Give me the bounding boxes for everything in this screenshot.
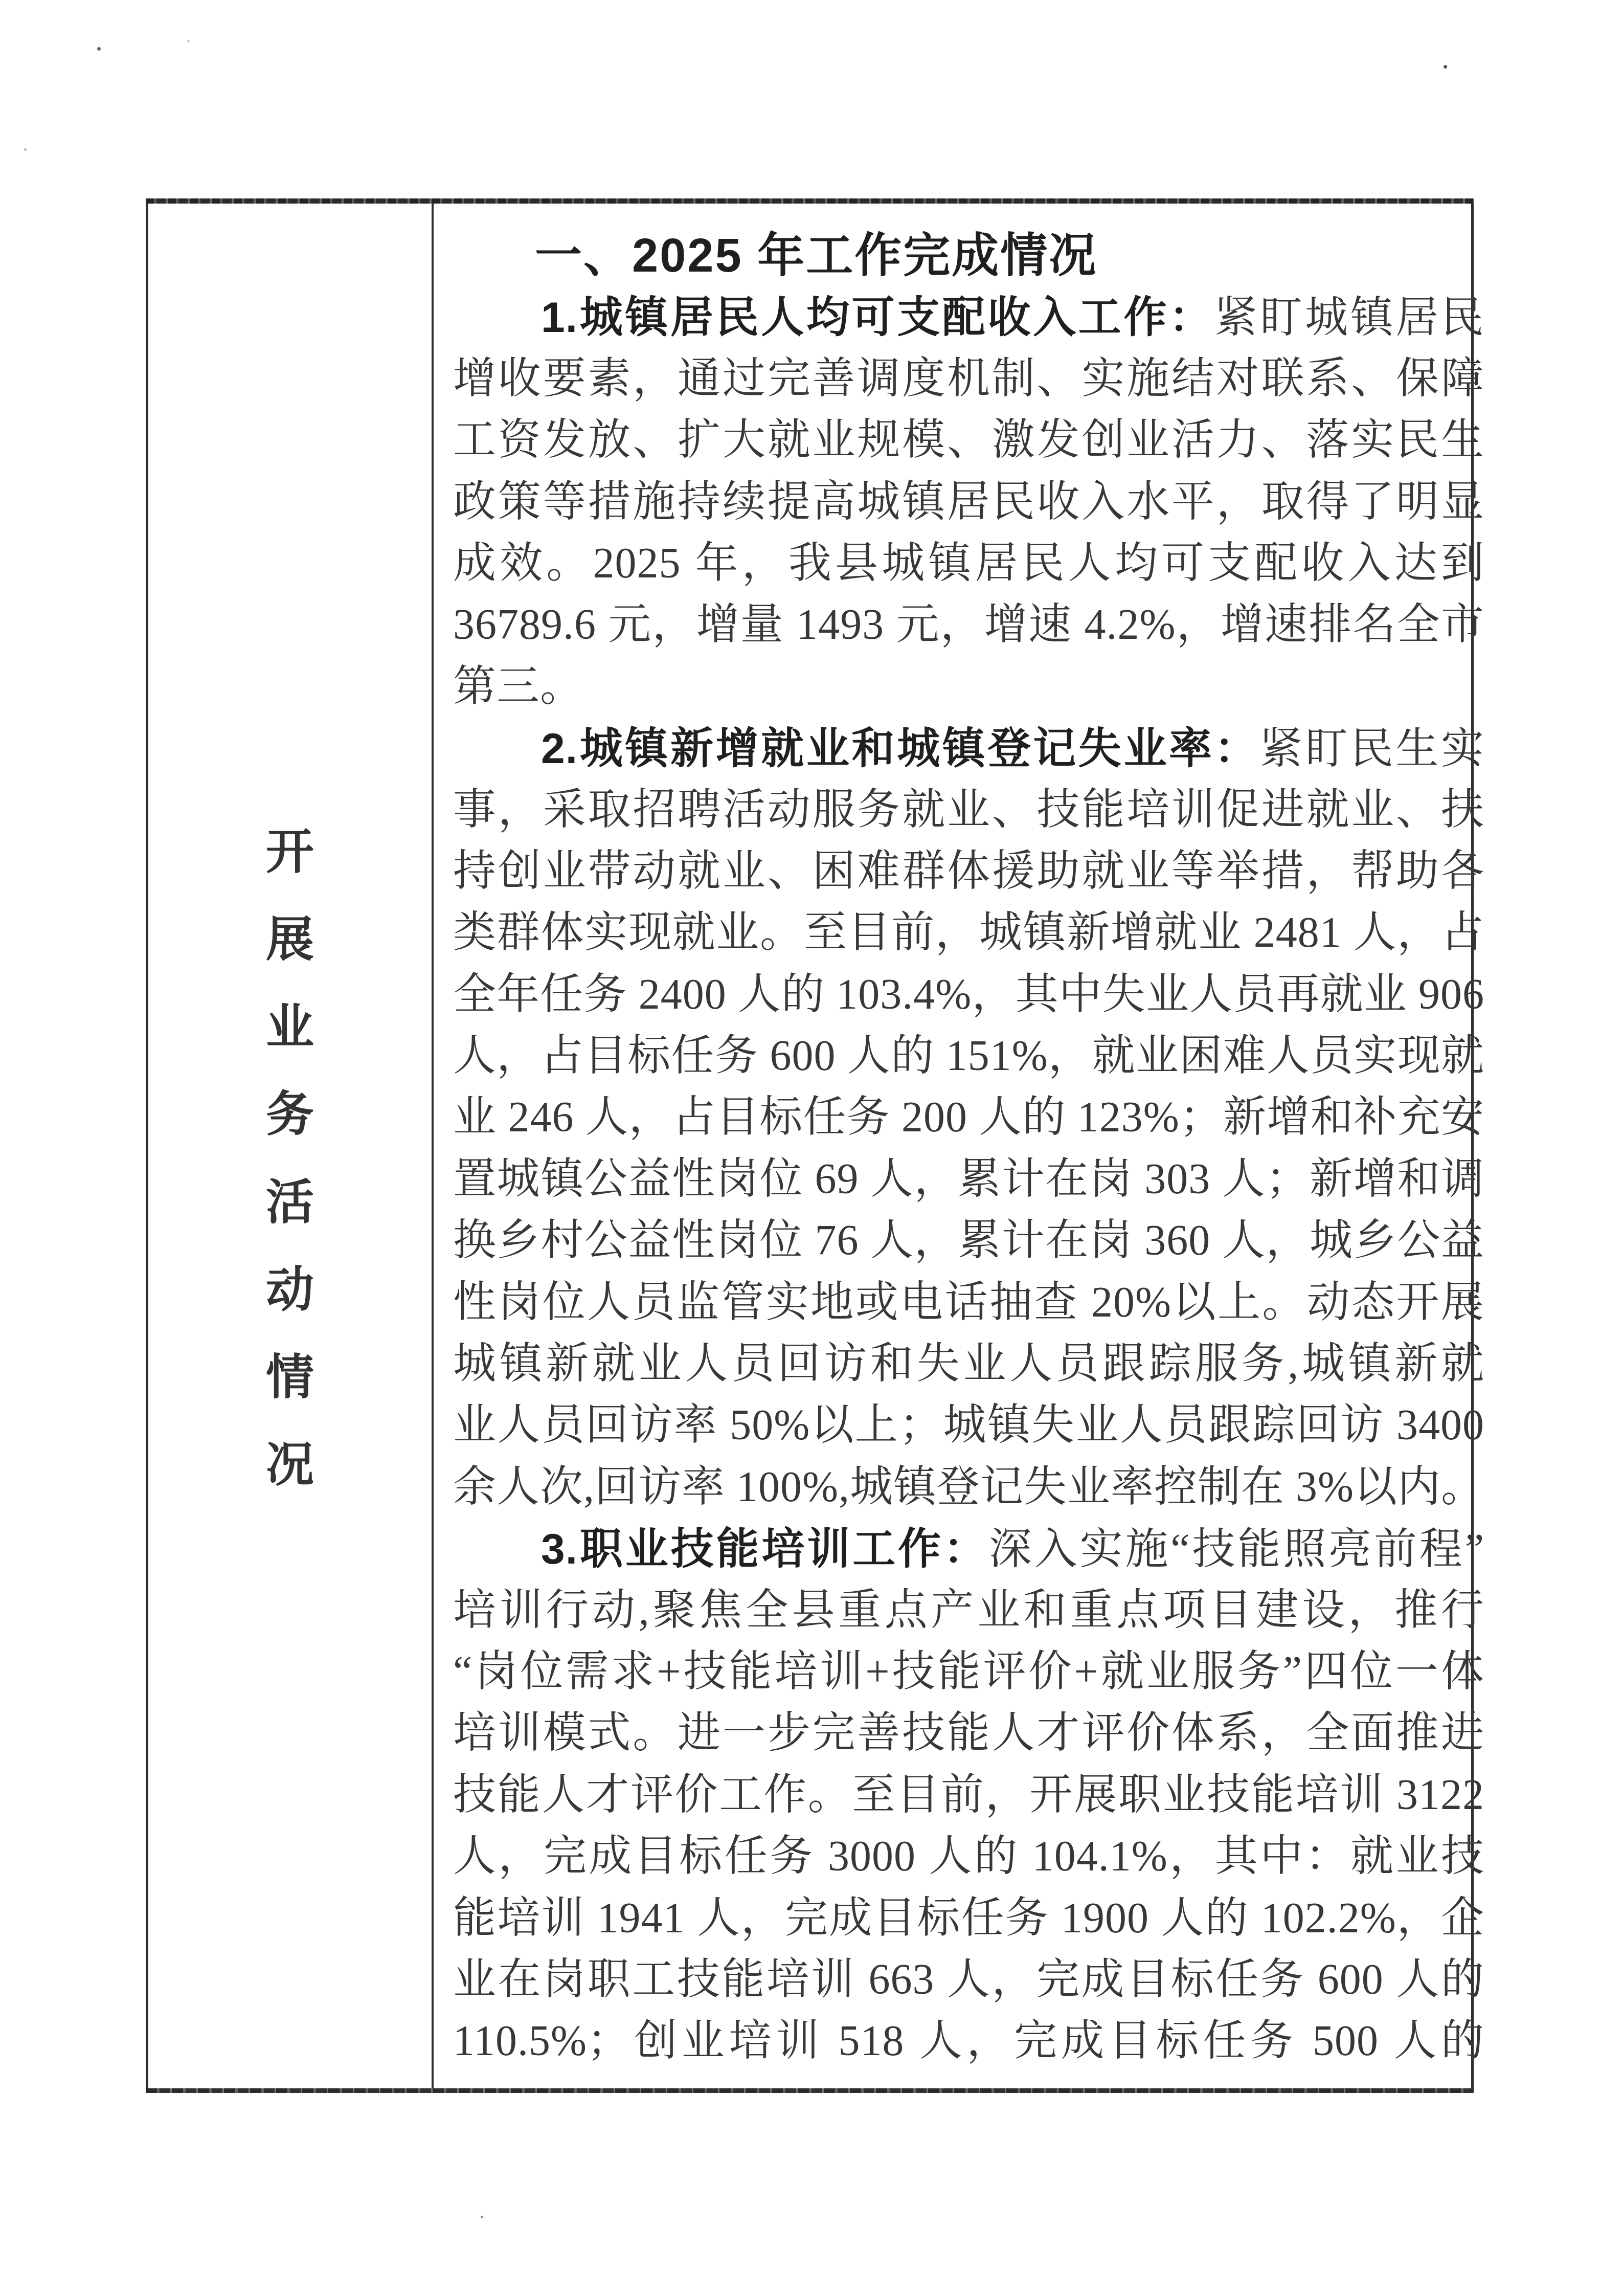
text-line: 人，占目标任务 600 人的 151%，就业困难人员实现就 xyxy=(453,1026,1484,1087)
text-line: 3.职业技能培训工作：深入实施“技能照亮前程” xyxy=(453,1518,1484,1579)
line-text: 工资发放、扩大就业规模、激发创业活力、落实民生 xyxy=(453,416,1484,464)
scan-noise-speck xyxy=(97,47,101,51)
text-line: 全年任务 2400 人的 103.4%，其中失业人员再就业 906 xyxy=(453,964,1484,1026)
text-line: 培训模式。进一步完善技能人才评价体系，全面推进 xyxy=(453,1703,1484,1764)
line-text: 余人次,回访率 100%,城镇登记失业率控制在 3%以内。 xyxy=(453,1463,1484,1511)
line-text: 成效。2025 年，我县城镇居民人均可支配收入达到 xyxy=(453,540,1484,587)
row-label-char: 展 xyxy=(266,916,314,964)
line-text: 换乡村公益性岗位 76 人，累计在岗 360 人，城乡公益 xyxy=(453,1217,1484,1264)
line-text: 业 246 人，占目标任务 200 人的 123%；新增和补充安 xyxy=(453,1094,1484,1141)
line-text: 第三。 xyxy=(453,663,583,710)
text-line: 置城镇公益性岗位 69 人，累计在岗 303 人；新增和调 xyxy=(453,1149,1484,1210)
row-label-char: 开 xyxy=(266,829,314,877)
line-text: 全年任务 2400 人的 103.4%，其中失业人员再就业 906 xyxy=(453,971,1484,1018)
scanned-page: { "page": { "paper_color": "#ffffff", "i… xyxy=(0,0,1623,2296)
text-line: 类群体实现就业。至目前，城镇新增就业 2481 人，占 xyxy=(453,902,1484,964)
line-text: “岗位需求+技能培训+技能评价+就业服务”四位一体 xyxy=(453,1648,1484,1696)
row-label: 开展业务活动情况 xyxy=(148,829,432,1489)
line-text: 人，完成目标任务 3000 人的 104.1%，其中：就业技 xyxy=(453,1833,1484,1880)
text-line: 36789.6 元，增量 1493 元，增速 4.2%，增速排名全市 xyxy=(453,594,1484,656)
text-line: 业 246 人，占目标任务 200 人的 123%；新增和补充安 xyxy=(453,1087,1484,1148)
text-line: 培训行动,聚焦全县重点产业和重点项目建设，推行 xyxy=(453,1580,1484,1641)
row-label-char: 情 xyxy=(266,1354,314,1402)
line-text: 业人员回访率 50%以上；城镇失业人员跟踪回访 3400 xyxy=(453,1401,1484,1449)
line-text: 置城镇公益性岗位 69 人，累计在岗 303 人；新增和调 xyxy=(453,1155,1484,1203)
text-line: 余人次,回访率 100%,城镇登记失业率控制在 3%以内。 xyxy=(453,1457,1484,1518)
content-cell: 一、2025 年工作完成情况1.城镇居民人均可支配收入工作：紧盯城镇居民增收要素… xyxy=(434,204,1492,2088)
line-text: 能培训 1941 人，完成目标任务 1900 人的 102.2%，企 xyxy=(453,1894,1484,1942)
line-text: 紧盯民生实 xyxy=(1259,725,1484,773)
line-text: 人，占目标任务 600 人的 151%，就业困难人员实现就 xyxy=(453,1032,1484,1080)
row-label-char: 况 xyxy=(266,1441,314,1489)
line-text: 持创业带动就业、困难群体援助就业等举措，帮助各 xyxy=(453,848,1484,895)
text-line: 成效。2025 年，我县城镇居民人均可支配收入达到 xyxy=(453,533,1484,594)
line-text: 政策等措施持续提高城镇居民收入水平，取得了明显 xyxy=(453,478,1484,526)
line-text: 增收要素，通过完善调度机制、实施结对联系、保障 xyxy=(453,355,1484,403)
text-line: 政策等措施持续提高城镇居民收入水平，取得了明显 xyxy=(453,472,1484,533)
row-label-char: 业 xyxy=(266,1004,314,1052)
text-line: 换乡村公益性岗位 76 人，累计在岗 360 人，城乡公益 xyxy=(453,1210,1484,1272)
text-line: 持创业带动就业、困难群体援助就业等举措，帮助各 xyxy=(453,841,1484,902)
row-label-cell: 开展业务活动情况 xyxy=(148,204,434,2088)
text-line: 2.城镇新增就业和城镇登记失业率：紧盯民生实 xyxy=(453,718,1484,779)
line-text: 业在岗职工技能培训 663 人，完成目标任务 600 人的 xyxy=(453,1956,1484,2003)
scan-noise-speck xyxy=(24,148,27,151)
text-line: 工资发放、扩大就业规模、激发创业活力、落实民生 xyxy=(453,410,1484,471)
line-text: 城镇新就业人员回访和失业人员跟踪服务,城镇新就 xyxy=(453,1340,1484,1388)
text-line: 第三。 xyxy=(453,656,1484,718)
section-title-text: 一、2025 年工作完成情况 xyxy=(535,230,1097,282)
scan-noise-speck xyxy=(481,2216,483,2218)
line-text: 深入实施“技能照亮前程” xyxy=(989,1526,1484,1573)
text-line: 业在岗职工技能培训 663 人，完成目标任务 600 人的 xyxy=(453,1949,1484,2011)
text-line: 城镇新就业人员回访和失业人员跟踪服务,城镇新就 xyxy=(453,1333,1484,1395)
line-text: 培训行动,聚焦全县重点产业和重点项目建设，推行 xyxy=(453,1587,1484,1634)
row-label-char: 活 xyxy=(266,1179,314,1227)
line-text: 类群体实现就业。至目前，城镇新增就业 2481 人，占 xyxy=(453,909,1484,956)
text-line: 1.城镇居民人均可支配收入工作：紧盯城镇居民 xyxy=(453,286,1484,348)
row-label-char: 务 xyxy=(266,1091,314,1139)
text-line: 事，采取招聘活动服务就业、技能培训促进就业、扶 xyxy=(453,779,1484,841)
text-line: 110.5%；创业培训 518 人，完成目标任务 500 人的 xyxy=(453,2011,1484,2072)
line-lead: 3.职业技能培训工作： xyxy=(541,1525,989,1573)
line-text: 培训模式。进一步完善技能人才评价体系，全面推进 xyxy=(453,1709,1484,1757)
text-line: 人，完成目标任务 3000 人的 104.1%，其中：就业技 xyxy=(453,1826,1484,1887)
line-lead: 2.城镇新增就业和城镇登记失业率： xyxy=(541,724,1259,772)
text-line: “岗位需求+技能培训+技能评价+就业服务”四位一体 xyxy=(453,1641,1484,1703)
line-text: 事，采取招聘活动服务就业、技能培训促进就业、扶 xyxy=(453,786,1484,834)
line-text: 36789.6 元，增量 1493 元，增速 4.2%，增速排名全市 xyxy=(453,601,1484,649)
text-line: 技能人才评价工作。至目前，开展职业技能培训 3122 xyxy=(453,1765,1484,1826)
scan-noise-speck xyxy=(1444,65,1447,69)
line-text: 性岗位人员监管实地或电话抽查 20%以上。动态开展 xyxy=(453,1279,1484,1326)
line-text: 技能人才评价工作。至目前，开展职业技能培训 3122 xyxy=(453,1771,1484,1819)
line-text: 110.5%；创业培训 518 人，完成目标任务 500 人的 xyxy=(453,2017,1484,2065)
text-line: 业人员回访率 50%以上；城镇失业人员跟踪回访 3400 xyxy=(453,1395,1484,1456)
section-title: 一、2025 年工作完成情况 xyxy=(453,225,1484,286)
line-lead: 1.城镇居民人均可支配收入工作： xyxy=(541,293,1214,341)
text-line: 增收要素，通过完善调度机制、实施结对联系、保障 xyxy=(453,348,1484,410)
report-table: 开展业务活动情况 一、2025 年工作完成情况1.城镇居民人均可支配收入工作：紧… xyxy=(146,198,1474,2093)
text-line: 能培训 1941 人，完成目标任务 1900 人的 102.2%，企 xyxy=(453,1888,1484,1949)
text-line: 性岗位人员监管实地或电话抽查 20%以上。动态开展 xyxy=(453,1272,1484,1333)
line-text: 紧盯城镇居民 xyxy=(1214,294,1484,342)
row-label-char: 动 xyxy=(266,1266,314,1314)
scan-noise-speck xyxy=(187,40,190,42)
